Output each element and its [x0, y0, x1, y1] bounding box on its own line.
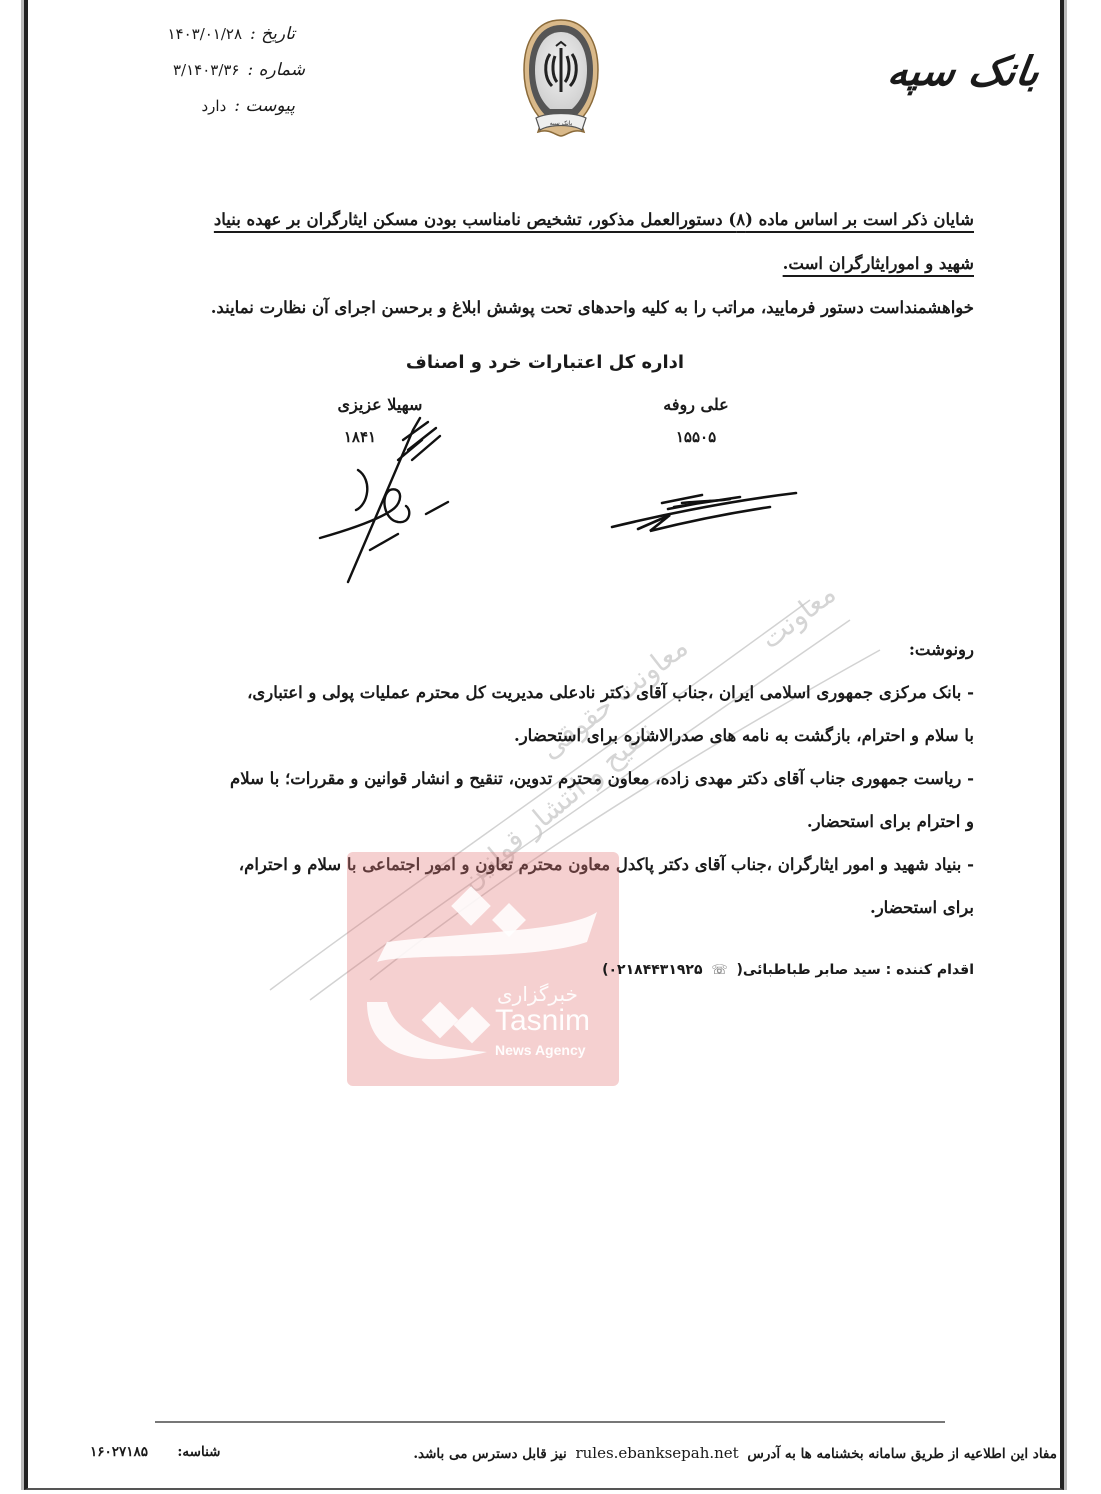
attachment-value: دارد: [202, 88, 227, 124]
cc-item-2: - ریاست جمهوری جناب آقای دکتر مهدی زاده،…: [104, 757, 974, 843]
attachment-label: پیوست :: [234, 88, 295, 124]
footer-divider: [155, 1421, 945, 1423]
date-value: ۱۴۰۳/۰۱/۲۸: [167, 16, 242, 52]
footer-id-label: شناسه:: [177, 1444, 220, 1460]
bank-emblem-icon: بانک سپه: [520, 16, 602, 142]
action-phone: ۰۲۱۸۴۴۳۱۹۲۵): [602, 962, 702, 978]
letter-meta: تاریخ : ۱۴۰۳/۰۱/۲۸ شماره : ۳/۱۴۰۳/۳۶ پیو…: [125, 16, 295, 124]
bank-logo-text: بانک سپه: [884, 48, 1042, 95]
footer-url-link[interactable]: rules.ebanksepah.net: [575, 1444, 738, 1462]
number-value: ۳/۱۴۰۳/۳۶: [173, 52, 240, 88]
signature-1-icon: [610, 485, 800, 540]
tasnim-en-text: Tasnim: [495, 1004, 590, 1038]
signer-1-name: علی روفه: [636, 395, 756, 414]
svg-text:بانک سپه: بانک سپه: [550, 120, 573, 127]
signature-2-icon: [318, 410, 458, 590]
tasnim-fa-text: خبرگزاری: [497, 982, 578, 1006]
letter-body: شایان ذکر است بر اساس ماده (۸) دستورالعم…: [104, 198, 974, 330]
date-row: تاریخ : ۱۴۰۳/۰۱/۲۸: [125, 16, 295, 52]
attachment-row: پیوست : دارد: [125, 88, 295, 124]
phone-icon: ☏: [711, 963, 727, 978]
tasnim-watermark: خبرگزاری Tasnim News Agency: [347, 852, 619, 1086]
paragraph-1-line-1: شایان ذکر است بر اساس ماده (۸) دستورالعم…: [104, 198, 974, 242]
date-label: تاریخ :: [250, 16, 295, 52]
cc-item-1: - بانک مرکزی جمهوری اسلامی ایران ،جناب آ…: [104, 671, 974, 757]
tasnim-sub-text: News Agency: [495, 1042, 586, 1058]
action-officer: اقدام کننده : سید صابر طباطبائی( ☏ ۰۲۱۸۴…: [602, 962, 974, 978]
footer-id: شناسه: ۱۶۰۲۷۱۸۵: [90, 1444, 220, 1460]
footer-id-value: ۱۶۰۲۷۱۸۵: [90, 1444, 148, 1460]
paragraph-2: خواهشمنداست دستور فرمایید، مراتب را به ک…: [104, 286, 974, 330]
footer-note: مفاد این اطلاعیه از طریق سامانه بخشنامه …: [413, 1444, 1057, 1462]
paragraph-1-line-2: شهید و امورایثارگران است.: [104, 242, 974, 286]
signer-1: علی روفه ۱۵۵۰۵: [636, 395, 756, 446]
cc-heading: رونوشت:: [104, 628, 974, 671]
signer-1-code: ۱۵۵۰۵: [636, 428, 756, 446]
number-label: شماره :: [248, 52, 306, 88]
action-label: اقدام کننده : سید صابر طباطبائی(: [737, 962, 974, 978]
number-row: شماره : ۳/۱۴۰۳/۳۶: [125, 52, 305, 88]
department-title: اداره کل اعتبارات خرد و اصناف: [400, 352, 690, 373]
